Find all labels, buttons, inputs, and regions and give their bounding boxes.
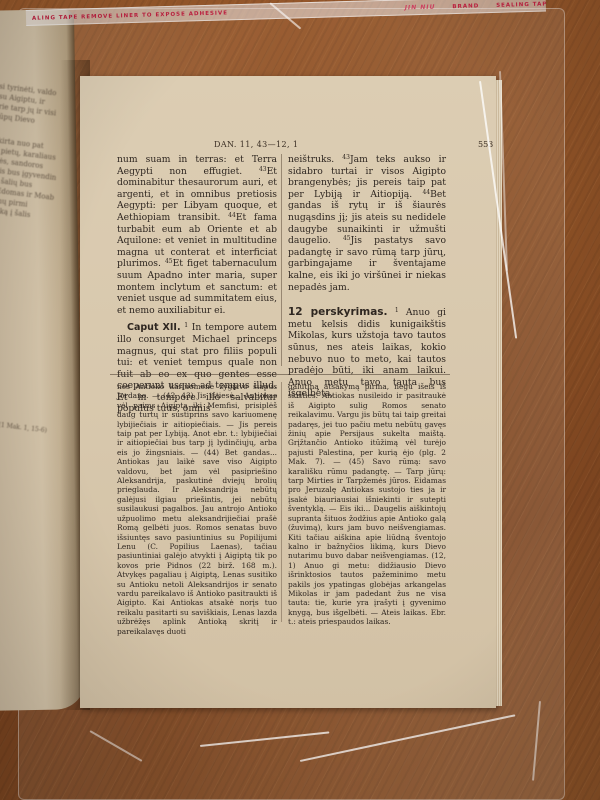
commentary-right: galutiną atsakymą pirma, negu išeis iš s… <box>288 382 446 627</box>
verse-number: 44 <box>422 189 430 196</box>
chapter-heading: Caput XII. <box>127 322 181 333</box>
verse-number: 44 <box>228 212 236 219</box>
verse-text: neištruks. <box>288 154 342 165</box>
footnote-divider <box>110 374 450 375</box>
verse-number: 45 <box>165 258 173 265</box>
right-page: DAN. 11, 43—12, 1 553 num suam in terras… <box>80 76 496 708</box>
verse-number: 43 <box>342 154 350 161</box>
page-edge <box>496 80 502 706</box>
running-head: DAN. 11, 43—12, 1 <box>214 140 298 149</box>
verse-text: num suam in terras: et Terra Aegypti non… <box>117 154 277 177</box>
verse-number: 45 <box>343 235 351 242</box>
commentary-left: nes Antioko kariuomenė žygiavo šiapus Jo… <box>117 382 277 636</box>
commentary-column-divider <box>281 382 282 622</box>
verse-number: 1 <box>395 307 399 314</box>
page-number: 553 <box>478 140 493 149</box>
chapter-heading: 12 perskyrimas. <box>288 306 388 318</box>
tape-brand-suffix: BRAND <box>452 3 479 10</box>
tape-text: ALING TAPE REMOVE LINER TO EXPOSE ADHESI… <box>32 10 228 21</box>
lithuanian-column: neištruks. 43Jam teks aukso ir sidabro t… <box>288 154 446 400</box>
tape-text: SEALING TAPE REMOVE LINER TO EXPOSE <box>496 0 546 9</box>
verse-number: 43 <box>259 166 267 173</box>
verse-number: 1 <box>184 322 188 329</box>
column-divider <box>281 154 282 366</box>
latin-verses-43-45: num suam in terras: et Terra Aegypti non… <box>117 154 277 316</box>
latin-column: num suam in terras: et Terra Aegypti non… <box>117 154 277 415</box>
lithuanian-verses-43-45: neištruks. 43Jam teks aukso ir sidabro t… <box>288 154 446 293</box>
tape-brand: JIN NIU <box>405 4 436 12</box>
